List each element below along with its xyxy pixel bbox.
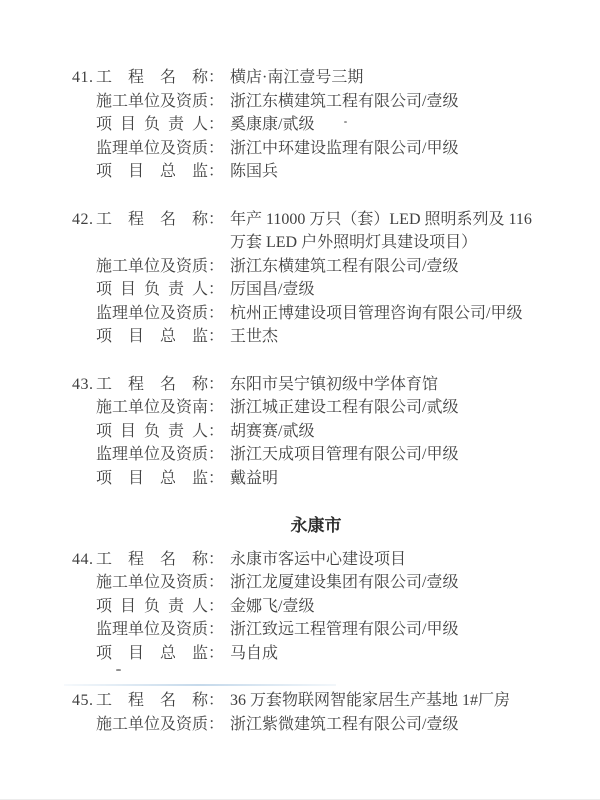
project-entry: 44. 工程名称 ： 永康市客运中心建设项目 施工单位及资质 ： 浙江龙厦建设集…	[72, 548, 560, 666]
field-value: 马自成	[230, 642, 560, 666]
field-row: 项目总监 ： 王世杰	[72, 325, 560, 349]
field-colon: ：	[208, 642, 224, 666]
field-label: 施工单位及资南	[96, 396, 208, 420]
field-row: 施工单位及资质 ： 浙江龙厦建设集团有限公司/壹级	[72, 571, 560, 595]
field-label: 项目总监	[96, 160, 208, 184]
field-colon: ：	[208, 90, 224, 114]
field-row: 监理单位及资质 ： 浙江中环建设监理有限公司/甲级	[72, 137, 560, 161]
field-colon: ：	[208, 137, 224, 161]
field-colon: ：	[208, 325, 224, 349]
field-colon: ：	[208, 548, 224, 572]
entry-number: 44.	[72, 548, 96, 572]
field-row: 施工单位及资质 ： 浙江紫微建筑工程有限公司/壹级	[72, 713, 560, 737]
field-colon: ：	[208, 595, 224, 619]
field-value: 浙江城正建设工程有限公司/贰级	[230, 396, 560, 420]
field-row: 45. 工程名称 ： 36 万套物联网智能家居生产基地 1#厂房	[72, 689, 560, 713]
field-value: 浙江紫微建筑工程有限公司/壹级	[230, 713, 560, 737]
field-label: 施工单位及资质	[96, 90, 208, 114]
field-row: 42. 工程名称 ： 年产 11000 万只（套）LED 照明系列及 116 万…	[72, 208, 560, 255]
project-entry: 45. 工程名称 ： 36 万套物联网智能家居生产基地 1#厂房 施工单位及资质…	[72, 689, 560, 736]
field-row: 项目负责人 ： 胡赛赛/贰级	[72, 420, 560, 444]
city-section-header: 永康市	[72, 514, 560, 538]
field-label: 项目负责人	[96, 420, 208, 444]
field-colon: ：	[208, 255, 224, 279]
entry-number: 41.	[72, 66, 96, 90]
field-label: 项目总监	[96, 642, 208, 666]
field-label: 项目总监	[96, 467, 208, 491]
field-colon: ：	[208, 713, 224, 737]
field-value: 36 万套物联网智能家居生产基地 1#厂房	[230, 689, 560, 713]
project-entry: 42. 工程名称 ： 年产 11000 万只（套）LED 照明系列及 116 万…	[72, 208, 560, 349]
field-colon: ：	[208, 302, 224, 326]
field-value: 金娜飞/壹级	[230, 595, 560, 619]
entry-number: 43.	[72, 373, 96, 397]
field-value: 浙江中环建设监理有限公司/甲级	[230, 137, 560, 161]
field-colon: ：	[208, 571, 224, 595]
field-label: 施工单位及资质	[96, 571, 208, 595]
field-row: 41. 工程名称 ： 横店·南江壹号三期	[72, 66, 560, 90]
field-value: 横店·南江壹号三期	[230, 66, 560, 90]
field-value: 厉国昌/壹级	[230, 278, 560, 302]
field-colon: ：	[208, 443, 224, 467]
entry-number: 45.	[72, 689, 96, 713]
field-value: 戴益明	[230, 467, 560, 491]
field-label: 工程名称	[96, 66, 208, 90]
field-colon: ：	[208, 160, 224, 184]
field-row: 监理单位及资质 ： 浙江天成项目管理有限公司/甲级	[72, 443, 560, 467]
field-value: 浙江东横建筑工程有限公司/壹级	[230, 90, 560, 114]
field-row: 项目总监 ： 陈国兵	[72, 160, 560, 184]
field-row: 施工单位及资质 ： 浙江东横建筑工程有限公司/壹级	[72, 255, 560, 279]
field-label: 工程名称	[96, 373, 208, 397]
field-colon: ：	[208, 396, 224, 420]
scan-speck	[344, 121, 347, 123]
field-value: 浙江天成项目管理有限公司/甲级	[230, 443, 560, 467]
field-label: 监理单位及资质	[96, 137, 208, 161]
field-colon: ：	[208, 113, 224, 137]
field-row: 项目负责人 ： 奚康康/贰级	[72, 113, 560, 137]
field-value: 奚康康/贰级	[230, 113, 560, 137]
field-value: 杭州正博建设项目管理咨询有限公司/甲级	[230, 302, 560, 326]
field-value: 浙江致远工程管理有限公司/甲级	[230, 618, 560, 642]
field-row: 项目总监 ： 马自成	[72, 642, 560, 666]
project-entry: 43. 工程名称 ： 东阳市吴宁镇初级中学体育馆 施工单位及资南 ： 浙江城正建…	[72, 373, 560, 491]
field-colon: ：	[208, 278, 224, 302]
field-label: 工程名称	[96, 548, 208, 572]
field-label: 监理单位及资质	[96, 443, 208, 467]
field-row: 项目负责人 ： 厉国昌/壹级	[72, 278, 560, 302]
field-row: 43. 工程名称 ： 东阳市吴宁镇初级中学体育馆	[72, 373, 560, 397]
field-label: 施工单位及资质	[96, 255, 208, 279]
field-row: 监理单位及资质 ： 杭州正博建设项目管理咨询有限公司/甲级	[72, 302, 560, 326]
field-row: 项目负责人 ： 金娜飞/壹级	[72, 595, 560, 619]
entry-number: 42.	[72, 208, 96, 232]
field-value: 陈国兵	[230, 160, 560, 184]
field-value: 王世杰	[230, 325, 560, 349]
field-colon: ：	[208, 373, 224, 397]
field-value: 胡赛赛/贰级	[230, 420, 560, 444]
field-colon: ：	[208, 66, 224, 90]
field-value: 永康市客运中心建设项目	[230, 548, 560, 572]
field-label: 项目负责人	[96, 113, 208, 137]
project-entry: 41. 工程名称 ： 横店·南江壹号三期 施工单位及资质 ： 浙江东横建筑工程有…	[72, 66, 560, 184]
field-row: 施工单位及资南 ： 浙江城正建设工程有限公司/贰级	[72, 396, 560, 420]
field-colon: ：	[208, 420, 224, 444]
field-label: 工程名称	[96, 208, 208, 232]
field-row: 44. 工程名称 ： 永康市客运中心建设项目	[72, 548, 560, 572]
field-colon: ：	[208, 618, 224, 642]
field-value: 浙江东横建筑工程有限公司/壹级	[230, 255, 560, 279]
field-label: 工程名称	[96, 689, 208, 713]
field-label: 施工单位及资质	[96, 713, 208, 737]
field-colon: ：	[208, 208, 224, 232]
field-label: 监理单位及资质	[96, 618, 208, 642]
field-value: 年产 11000 万只（套）LED 照明系列及 116 万套 LED 户外照明灯…	[230, 208, 560, 255]
scan-speck	[116, 669, 121, 671]
field-colon: ：	[208, 467, 224, 491]
field-colon: ：	[208, 689, 224, 713]
field-row: 监理单位及资质 ： 浙江致远工程管理有限公司/甲级	[72, 618, 560, 642]
field-label: 监理单位及资质	[96, 302, 208, 326]
field-label: 项目负责人	[96, 278, 208, 302]
field-label: 项目负责人	[96, 595, 208, 619]
document-page: 41. 工程名称 ： 横店·南江壹号三期 施工单位及资质 ： 浙江东横建筑工程有…	[0, 0, 600, 736]
field-value: 东阳市吴宁镇初级中学体育馆	[230, 373, 560, 397]
field-value: 浙江龙厦建设集团有限公司/壹级	[230, 571, 560, 595]
field-label: 项目总监	[96, 325, 208, 349]
field-row: 施工单位及资质 ： 浙江东横建筑工程有限公司/壹级	[72, 90, 560, 114]
field-row: 项目总监 ： 戴益明	[72, 467, 560, 491]
